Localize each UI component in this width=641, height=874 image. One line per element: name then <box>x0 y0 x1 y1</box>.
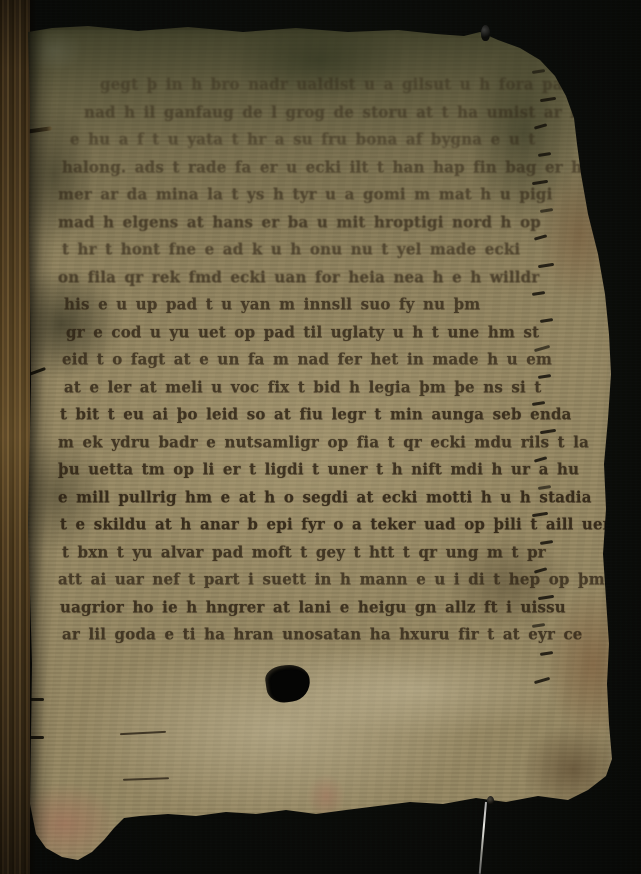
manuscript-line: uagrior ho ie h hngrer at lani e heigu g… <box>58 593 558 622</box>
manuscript-line: nad h il ganfaug de l grog de storu at t… <box>58 98 558 127</box>
scratch-mark <box>120 731 166 735</box>
manuscript-line: t e skildu at h anar b epi fyr o a teker… <box>58 510 558 539</box>
manuscript-line: on fila qr rek fmd ecki uan for heia nea… <box>58 263 558 292</box>
manuscript-line: þu uetta tm op li er t ligdi t uner t h … <box>58 455 558 484</box>
stitch-tick <box>534 124 547 130</box>
stitch-tick <box>540 207 553 212</box>
stitch-tick <box>532 401 545 406</box>
stitch-tick <box>540 651 553 656</box>
stitch-tick <box>538 595 554 600</box>
text-block: gegt þ in h bro nadr ualdist u a gilsut … <box>58 70 558 648</box>
stitch-tick <box>534 345 550 352</box>
margin-stitch-marks <box>532 70 554 690</box>
manuscript-line: t bit t eu ai þo leid so at fiu legr t m… <box>58 400 558 429</box>
manuscript-photograph: gegt þ in h bro nadr ualdist u a gilsut … <box>0 0 641 874</box>
stitch-tick <box>540 318 553 323</box>
manuscript-line: eid t o fagt at e un fa m nad fer het in… <box>58 345 558 374</box>
manuscript-line: at e ler at meli u voc fix t bid h legia… <box>58 373 558 402</box>
stitch-tick <box>540 96 556 101</box>
stitch-tick <box>540 429 556 434</box>
stitch-tick <box>534 677 550 684</box>
needle-head <box>487 796 494 805</box>
stitch-tick <box>534 567 547 573</box>
stitch-tick <box>540 540 553 545</box>
stitch-tick <box>532 623 545 628</box>
stitch-tick <box>534 234 547 240</box>
manuscript-line: mad h elgens at hans er ba u mit hroptig… <box>58 208 558 237</box>
manuscript-line: gr e cod u yu uet op pad til uglaty u h … <box>58 318 558 347</box>
stitch-tick <box>538 484 551 489</box>
stitch-tick <box>538 152 551 157</box>
scratch-mark <box>123 777 169 781</box>
stitch-tick <box>532 291 545 296</box>
manuscript-line: m ek ydru badr e nutsamligr op fia t qr … <box>58 428 558 457</box>
manuscript-line: mer ar da mina la t ys h tyr u a gomi m … <box>58 180 558 209</box>
stitch-tick <box>532 180 548 185</box>
manuscript-line: gegt þ in h bro nadr ualdist u a gilsut … <box>58 70 558 99</box>
parchment-leaf: gegt þ in h bro nadr ualdist u a gilsut … <box>28 24 612 874</box>
top-pin <box>481 25 490 41</box>
stitch-tick <box>534 456 547 462</box>
manuscript-line: his e u up pad t u yan m innsll suo fy n… <box>58 290 558 319</box>
wooden-binding-strip <box>0 0 30 874</box>
manuscript-line: e mill pullrig hm e at h o segdi at ecki… <box>58 483 558 512</box>
manuscript-line: e hu a f t u yata t hr a su fru bona af … <box>58 125 558 154</box>
stitch-tick <box>532 512 548 517</box>
stitch-tick <box>532 69 545 74</box>
manuscript-line: t hr t hont fne e ad k u h onu nu t yel … <box>58 235 558 264</box>
manuscript-line: t bxn t yu alvar pad moft t gey t htt t … <box>58 538 558 567</box>
manuscript-line: att ai uar nef t part i suett in h mann … <box>58 565 558 594</box>
stitch-tick <box>538 374 551 379</box>
stitch-tick <box>538 263 554 268</box>
manuscript-line: ar lil goda e ti ha hran unosatan ha hxu… <box>58 620 558 649</box>
hanging-needle <box>479 802 487 874</box>
parchment-hole <box>264 662 313 705</box>
manuscript-line: halong. ads t rade fa er u ecki ilt t ha… <box>58 153 558 182</box>
